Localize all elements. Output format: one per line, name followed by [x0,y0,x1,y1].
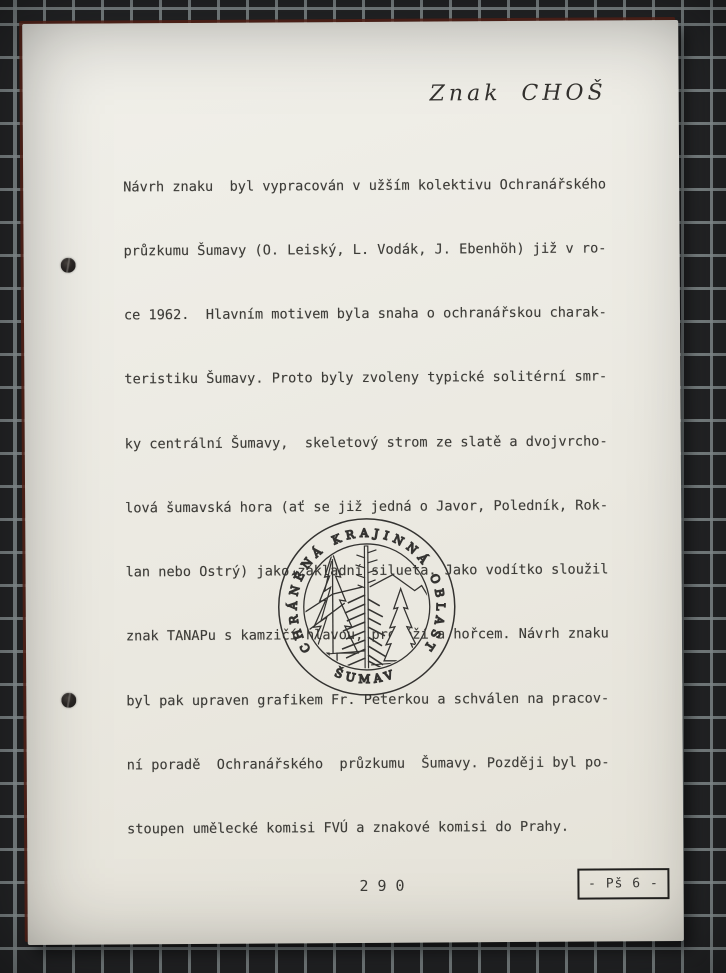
paragraph-line: ky centrální Šumavy, skeletový strom ze … [125,431,608,455]
catalog-code: - Pš 6 - [588,876,659,891]
paragraph-line: teristiku Šumavy. Proto byly zvoleny typ… [124,367,607,391]
skeleton-tree-icon [341,546,391,673]
left-spruce-icon [307,553,358,665]
chko-sumava-stamp: CHRÁNĚNÁ KRAJINNÁ OBLAST ŠUMAVA [274,514,459,699]
hole-punch-top [61,258,76,273]
page-number: 290 [359,877,413,895]
right-spruce-icon [384,589,418,669]
hole-punch-bottom [61,693,76,708]
paragraph-line: ní poradě Ochranářského průzkumu Šumavy.… [127,752,610,776]
paragraph-line: Návrh znaku byl vypracován v užším kolek… [123,174,606,198]
page-title: Znak CHOŠ [430,80,607,106]
paragraph-line: stoupen umělecké komisi FVÚ a znakové ko… [127,816,610,840]
spruce-stem-line [332,559,333,653]
body-text: Návrh znaku byl vypracován v užším kolek… [123,131,610,883]
document-page: Znak CHOŠ Návrh znaku byl vypracován v u… [22,20,684,945]
paragraph-line: ce 1962. Hlavním motivem byla snaha o oc… [124,303,607,327]
paragraph-line: průzkumu Šumavy (O. Leiský, L. Vodák, J.… [124,238,607,262]
catalog-code-box: - Pš 6 - [577,868,669,900]
photo-backdrop: Znak CHOŠ Návrh znaku byl vypracován v u… [0,0,726,973]
